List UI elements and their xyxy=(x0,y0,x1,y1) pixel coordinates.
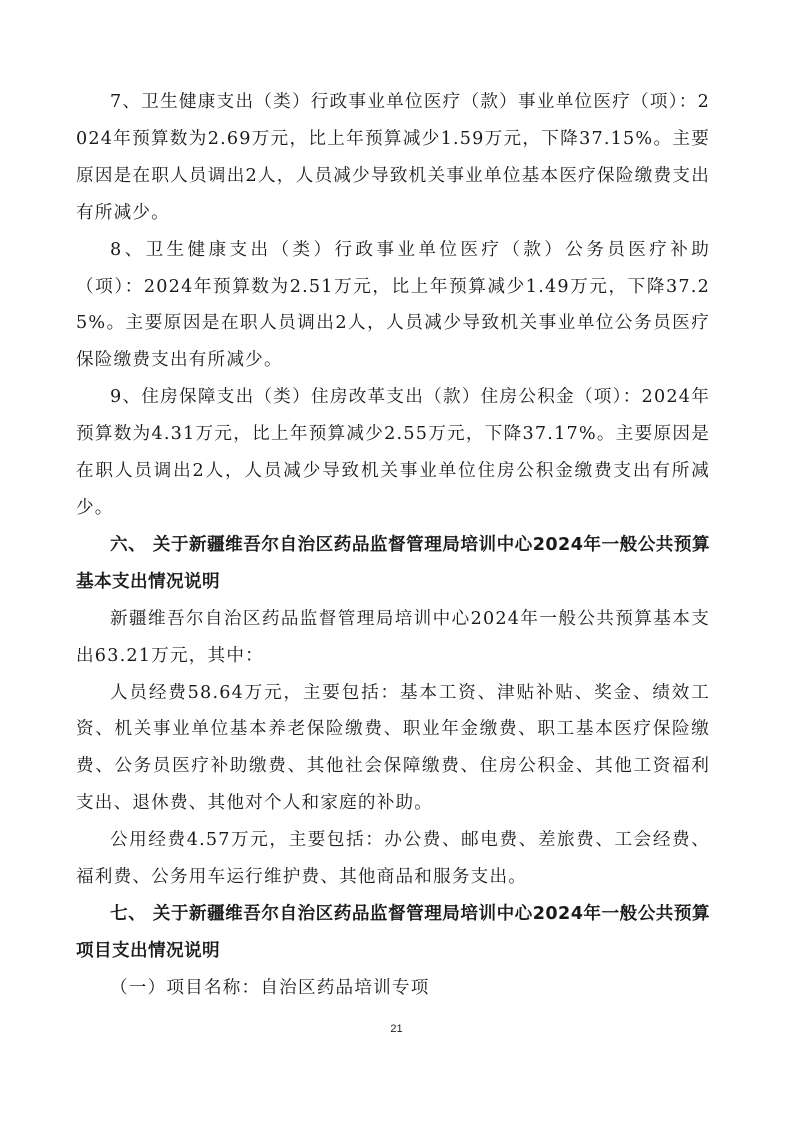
section-heading-6-basic-expenditure: 六、 关于新疆维吾尔自治区药品监督管理局培训中心2024年一般公共预算基本支出情… xyxy=(76,527,710,601)
paragraph-personnel-expenses: 人员经费58.64万元，主要包括：基本工资、津贴补贴、奖金、绩效工资、机关事业单… xyxy=(76,675,710,823)
paragraph-public-expenses: 公用经费4.57万元，主要包括：办公费、邮电费、差旅费、工会经费、福利费、公务用… xyxy=(76,822,710,896)
paragraph-basic-expenditure-total: 新疆维吾尔自治区药品监督管理局培训中心2024年一般公共预算基本支出63.21万… xyxy=(76,601,710,675)
paragraph-item-7-health-medical: 7、卫生健康支出（类）行政事业单位医疗（款）事业单位医疗（项）：2024年预算数… xyxy=(76,84,710,232)
paragraph-project-name: （一）项目名称：自治区药品培训专项 xyxy=(76,970,710,1007)
section-heading-7-project-expenditure: 七、 关于新疆维吾尔自治区药品监督管理局培训中心2024年一般公共预算项目支出情… xyxy=(76,896,710,970)
document-page: 7、卫生健康支出（类）行政事业单位医疗（款）事业单位医疗（项）：2024年预算数… xyxy=(76,84,710,1007)
paragraph-item-9-housing-fund: 9、住房保障支出（类）住房改革支出（款）住房公积金（项）：2024年预算数为4.… xyxy=(76,379,710,527)
page-number: 21 xyxy=(0,1023,793,1035)
paragraph-item-8-civil-servant-medical: 8、卫生健康支出（类）行政事业单位医疗（款）公务员医疗补助（项）：2024年预算… xyxy=(76,232,710,380)
